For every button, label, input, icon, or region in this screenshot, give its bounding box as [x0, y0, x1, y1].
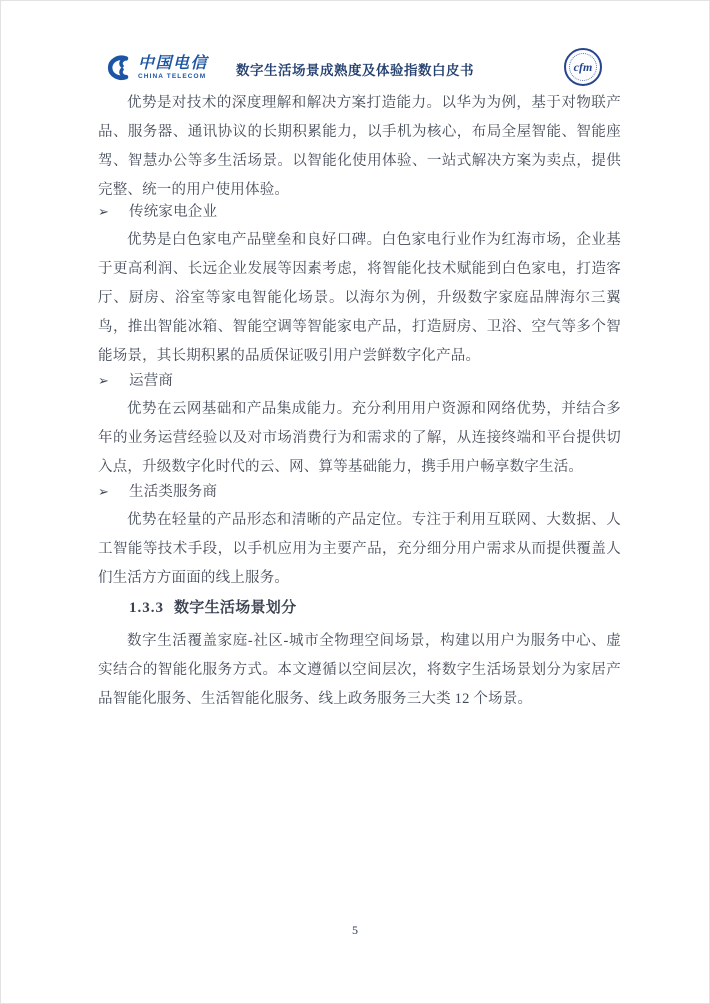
- paragraph-scene-division: 数字生活覆盖家庭-社区-城市全物理空间场景，构建以用户为服务中心、虚实结合的智能…: [98, 627, 621, 714]
- paragraph-white-goods-haier: 优势是白色家电产品壁垒和良好口碑。白色家电行业作为红海市场，企业基于更高利润、长…: [98, 226, 621, 371]
- arrow-bullet-icon: ➢: [98, 478, 129, 507]
- page-number: 5: [1, 923, 709, 938]
- bullet-item-traditional-appliance: ➢ 传统家电企业: [98, 198, 621, 227]
- section-number: 1.3.3: [129, 600, 164, 616]
- bullet-label: 传统家电企业: [129, 198, 217, 227]
- document-page: 中国电信 CHINA TELECOM 数字生活场景成熟度及体验指数白皮书 cfm…: [0, 0, 710, 1004]
- bullet-label: 生活类服务商: [129, 478, 217, 507]
- bullet-item-life-service-provider: ➢ 生活类服务商: [98, 478, 621, 507]
- section-title: 数字生活场景划分: [174, 600, 296, 616]
- paragraph-advantage-huawei: 优势是对技术的深度理解和解决方案打造能力。以华为为例，基于对物联产品、服务器、通…: [98, 89, 621, 205]
- arrow-bullet-icon: ➢: [98, 198, 129, 227]
- section-heading-1-3-3: 1.3.3数字生活场景划分: [98, 594, 621, 623]
- bullet-label: 运营商: [129, 367, 173, 396]
- document-header-title: 数字生活场景成熟度及体验指数白皮书: [1, 59, 709, 79]
- paragraph-light-product: 优势在轻量的产品形态和清晰的产品定位。专注于利用互联网、大数据、人工智能等技术手…: [98, 506, 621, 593]
- seal-text: cfm: [574, 60, 593, 75]
- arrow-bullet-icon: ➢: [98, 367, 129, 396]
- bullet-item-operator: ➢ 运营商: [98, 367, 621, 396]
- paragraph-cloud-network: 优势在云网基础和产品集成能力。充分利用用户资源和网络优势，并结合多年的业务运营经…: [98, 395, 621, 482]
- cfm-seal-logo: cfm: [564, 48, 602, 86]
